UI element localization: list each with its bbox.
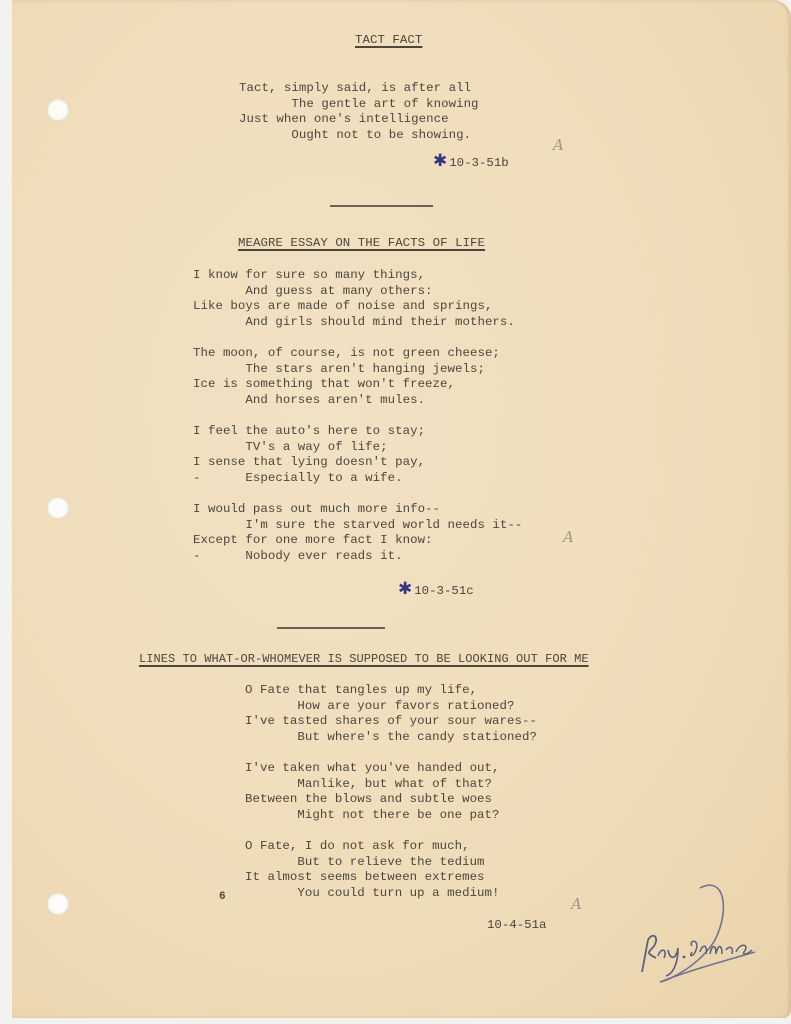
signature [630,880,770,990]
stanza-gap [245,823,537,839]
poem-line: - Nobody ever reads it. [193,549,522,565]
stanza-gap [245,745,537,761]
poem-body: I know for sure so many things, And gues… [193,268,522,564]
poem-line: O Fate, I do not ask for much, [245,839,537,855]
poem-line: And guess at many others: [193,284,522,300]
poem-title: LINES TO WHAT-OR-WHOMEVER IS SUPPOSED TO… [139,652,589,668]
poem-line: Ice is something that won't freeze, [193,377,522,393]
poem-date: ✱10-3-51c [398,579,474,599]
poem-line: The stars aren't hanging jewels; [193,362,522,378]
poem-line: I've taken what you've handed out, [245,761,537,777]
poem-line: TV's a way of life; [193,440,522,456]
poem-line: I sense that lying doesn't pay, [193,455,522,471]
poem-line: Just when one's intelligence [239,112,479,128]
poem-line: Might not there be one pat? [245,808,537,824]
poem-line: How are your favors rationed? [245,699,537,715]
handwritten-mark: A [571,895,582,913]
star-icon: ✱ [398,579,412,599]
poem-line: Ought not to be showing. [239,128,479,144]
poem-line: I would pass out much more info-- [193,502,522,518]
poem-line: Like boys are made of noise and springs, [193,299,522,315]
star-icon: ✱ [433,151,447,171]
poem-line: Tact, simply said, is after all [239,81,479,97]
poem-line: And horses aren't mules. [193,393,522,409]
poem-title: TACT FACT [355,33,422,49]
poem-date: ✱10-3-51b [433,151,509,171]
poem-title: MEAGRE ESSAY ON THE FACTS OF LIFE [238,236,485,252]
stanza-gap [193,408,522,424]
handwritten-mark: A [553,136,564,154]
poem-line: Manlike, but what of that? [245,777,537,793]
poem-line: You could turn up a medium! [245,886,537,902]
poem-line: I've tasted shares of your sour wares-- [245,714,537,730]
poem-line: The moon, of course, is not green cheese… [193,346,522,362]
poem-body: Tact, simply said, is after all The gent… [239,81,479,143]
stanza-gap [193,330,522,346]
poem-line: But where's the candy stationed? [245,730,537,746]
poem-line: And girls should mind their mothers. [193,315,522,331]
stanza-gap [193,486,522,502]
poem-line: The gentle art of knowing [239,97,479,113]
poem-line: I know for sure so many things, [193,268,522,284]
poem-body: O Fate that tangles up my life, How are … [245,683,537,901]
binder-hole [47,893,69,915]
poem-line: - Especially to a wife. [193,471,522,487]
poem-date: 10-4-51a [487,918,547,932]
section-divider [330,205,433,207]
binder-hole [47,497,69,519]
poem-line: O Fate that tangles up my life, [245,683,537,699]
binder-hole [47,99,69,121]
poem-line: Between the blows and subtle woes [245,792,537,808]
poem-line: I feel the auto's here to stay; [193,424,522,440]
page-number: 6 [219,891,226,903]
section-divider [277,627,385,629]
poem-line: But to relieve the tedium [245,855,537,871]
poem-line: Except for one more fact I know: [193,533,522,549]
poem-line: I'm sure the starved world needs it-- [193,518,522,534]
handwritten-mark: A [563,528,574,546]
poem-line: It almost seems between extremes [245,870,537,886]
